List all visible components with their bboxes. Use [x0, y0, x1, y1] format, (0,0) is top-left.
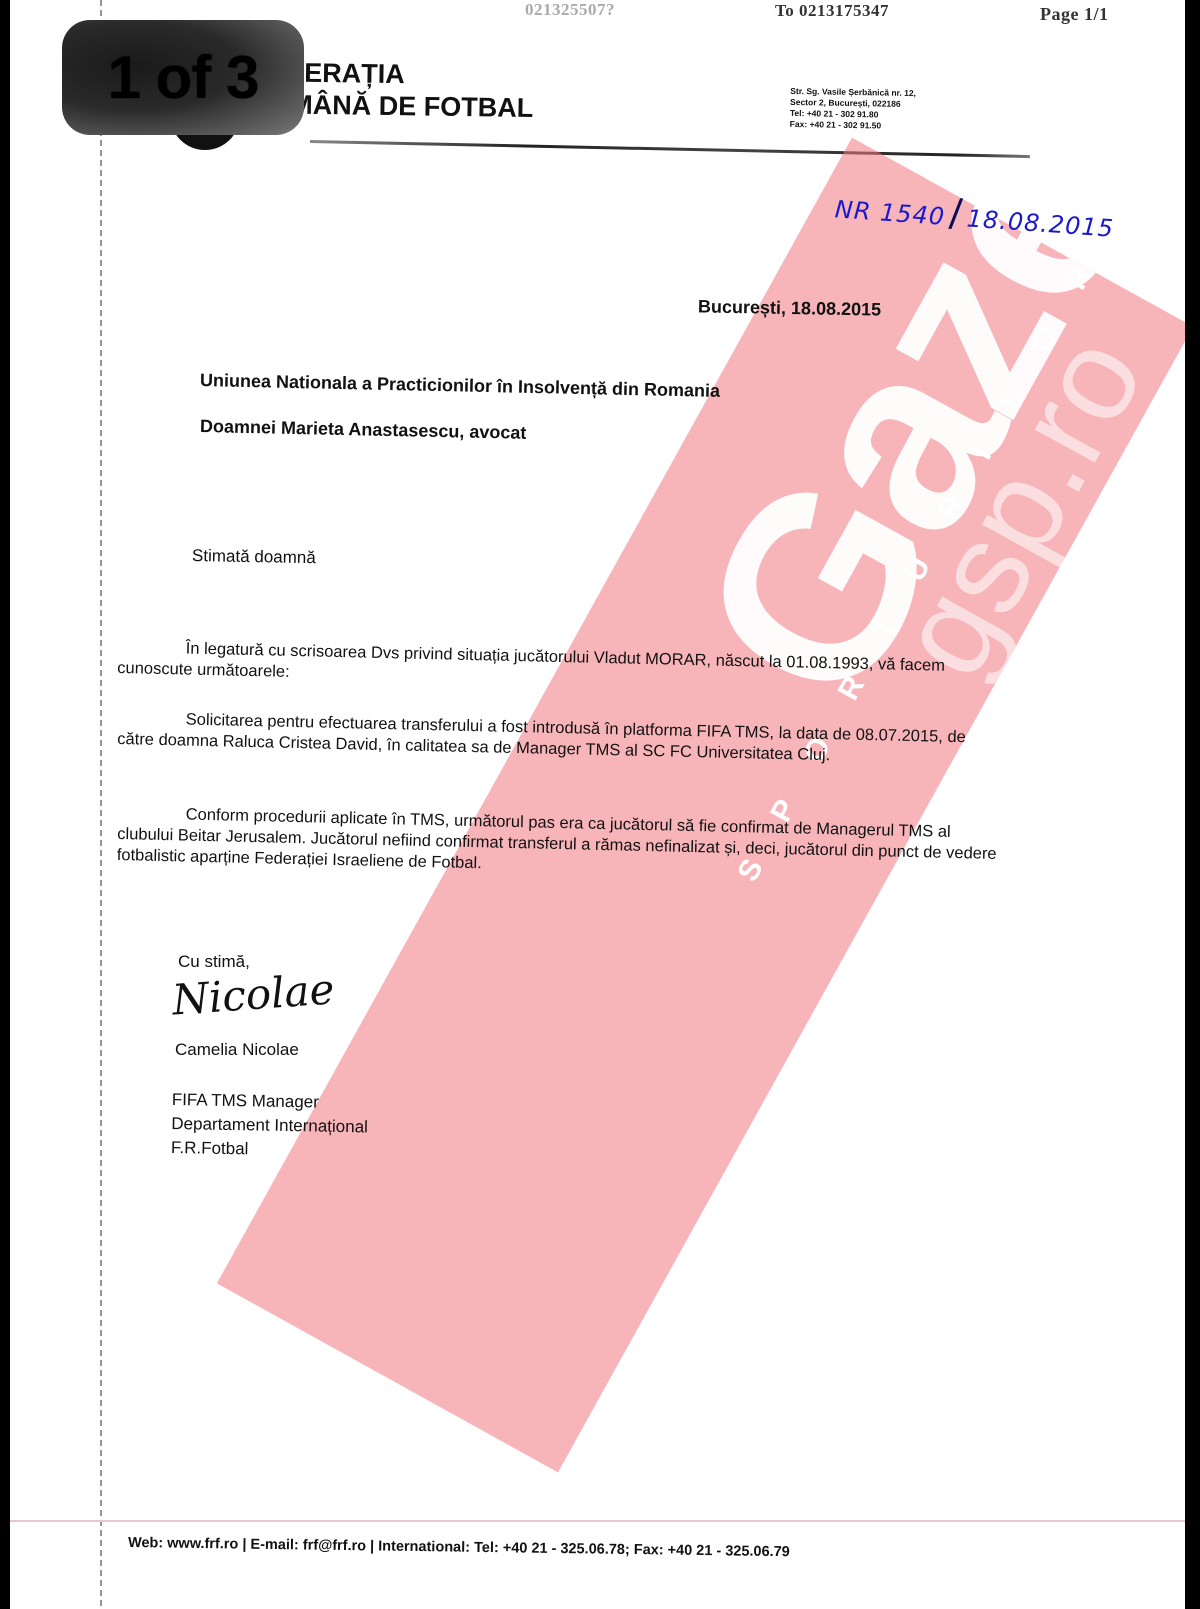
place-date: București, 18.08.2015 [698, 296, 881, 320]
address-line: Fax: +40 21 - 302 91.50 [790, 119, 916, 132]
salutation: Stimată doamnă [192, 546, 316, 568]
header-divider [310, 140, 1030, 158]
signatory-title: FIFA TMS Manager Departament Internațion… [171, 1088, 369, 1163]
footer-divider [10, 1520, 1185, 1522]
title-line: FIFA TMS Manager [172, 1088, 369, 1115]
document-page: 021325507? To 0213175347 Page 1/1 FEDERA… [10, 0, 1185, 1609]
registration-date: 18.08.2015 [966, 204, 1115, 242]
title-line: Departament Internațional [171, 1112, 368, 1139]
recipient-organization: Uniunea Nationala a Practicionilor în In… [200, 370, 720, 402]
title-line: F.R.Fotbal [171, 1136, 368, 1163]
fax-page-indicator: Page 1/1 [1040, 4, 1109, 25]
footer-contact: Web: www.frf.ro | E-mail: frf@frf.ro | I… [128, 1535, 790, 1560]
page-counter-label: 1 of 3 [108, 43, 259, 112]
closing: Cu stimă, [178, 952, 250, 972]
fax-recipient: To 0213175347 [775, 1, 889, 21]
recipient-person: Doamnei Marieta Anastasescu, avocat [200, 416, 527, 444]
handwritten-signature: Nicolae [170, 964, 335, 1024]
margin-line [100, 0, 102, 1609]
gazeta-watermark: gsp.ro Gazeta SPORTURILOR [217, 138, 1185, 1473]
fax-number: 021325507? [525, 0, 615, 20]
signatory-name: Camelia Nicolae [175, 1040, 299, 1060]
letterhead-address: Str. Sg. Vasile Șerbănică nr. 12, Sector… [790, 86, 916, 132]
slash-separator: / [948, 190, 965, 235]
page-counter-badge: 1 of 3 [62, 20, 304, 135]
registration-number: NR 1540 [834, 195, 946, 231]
